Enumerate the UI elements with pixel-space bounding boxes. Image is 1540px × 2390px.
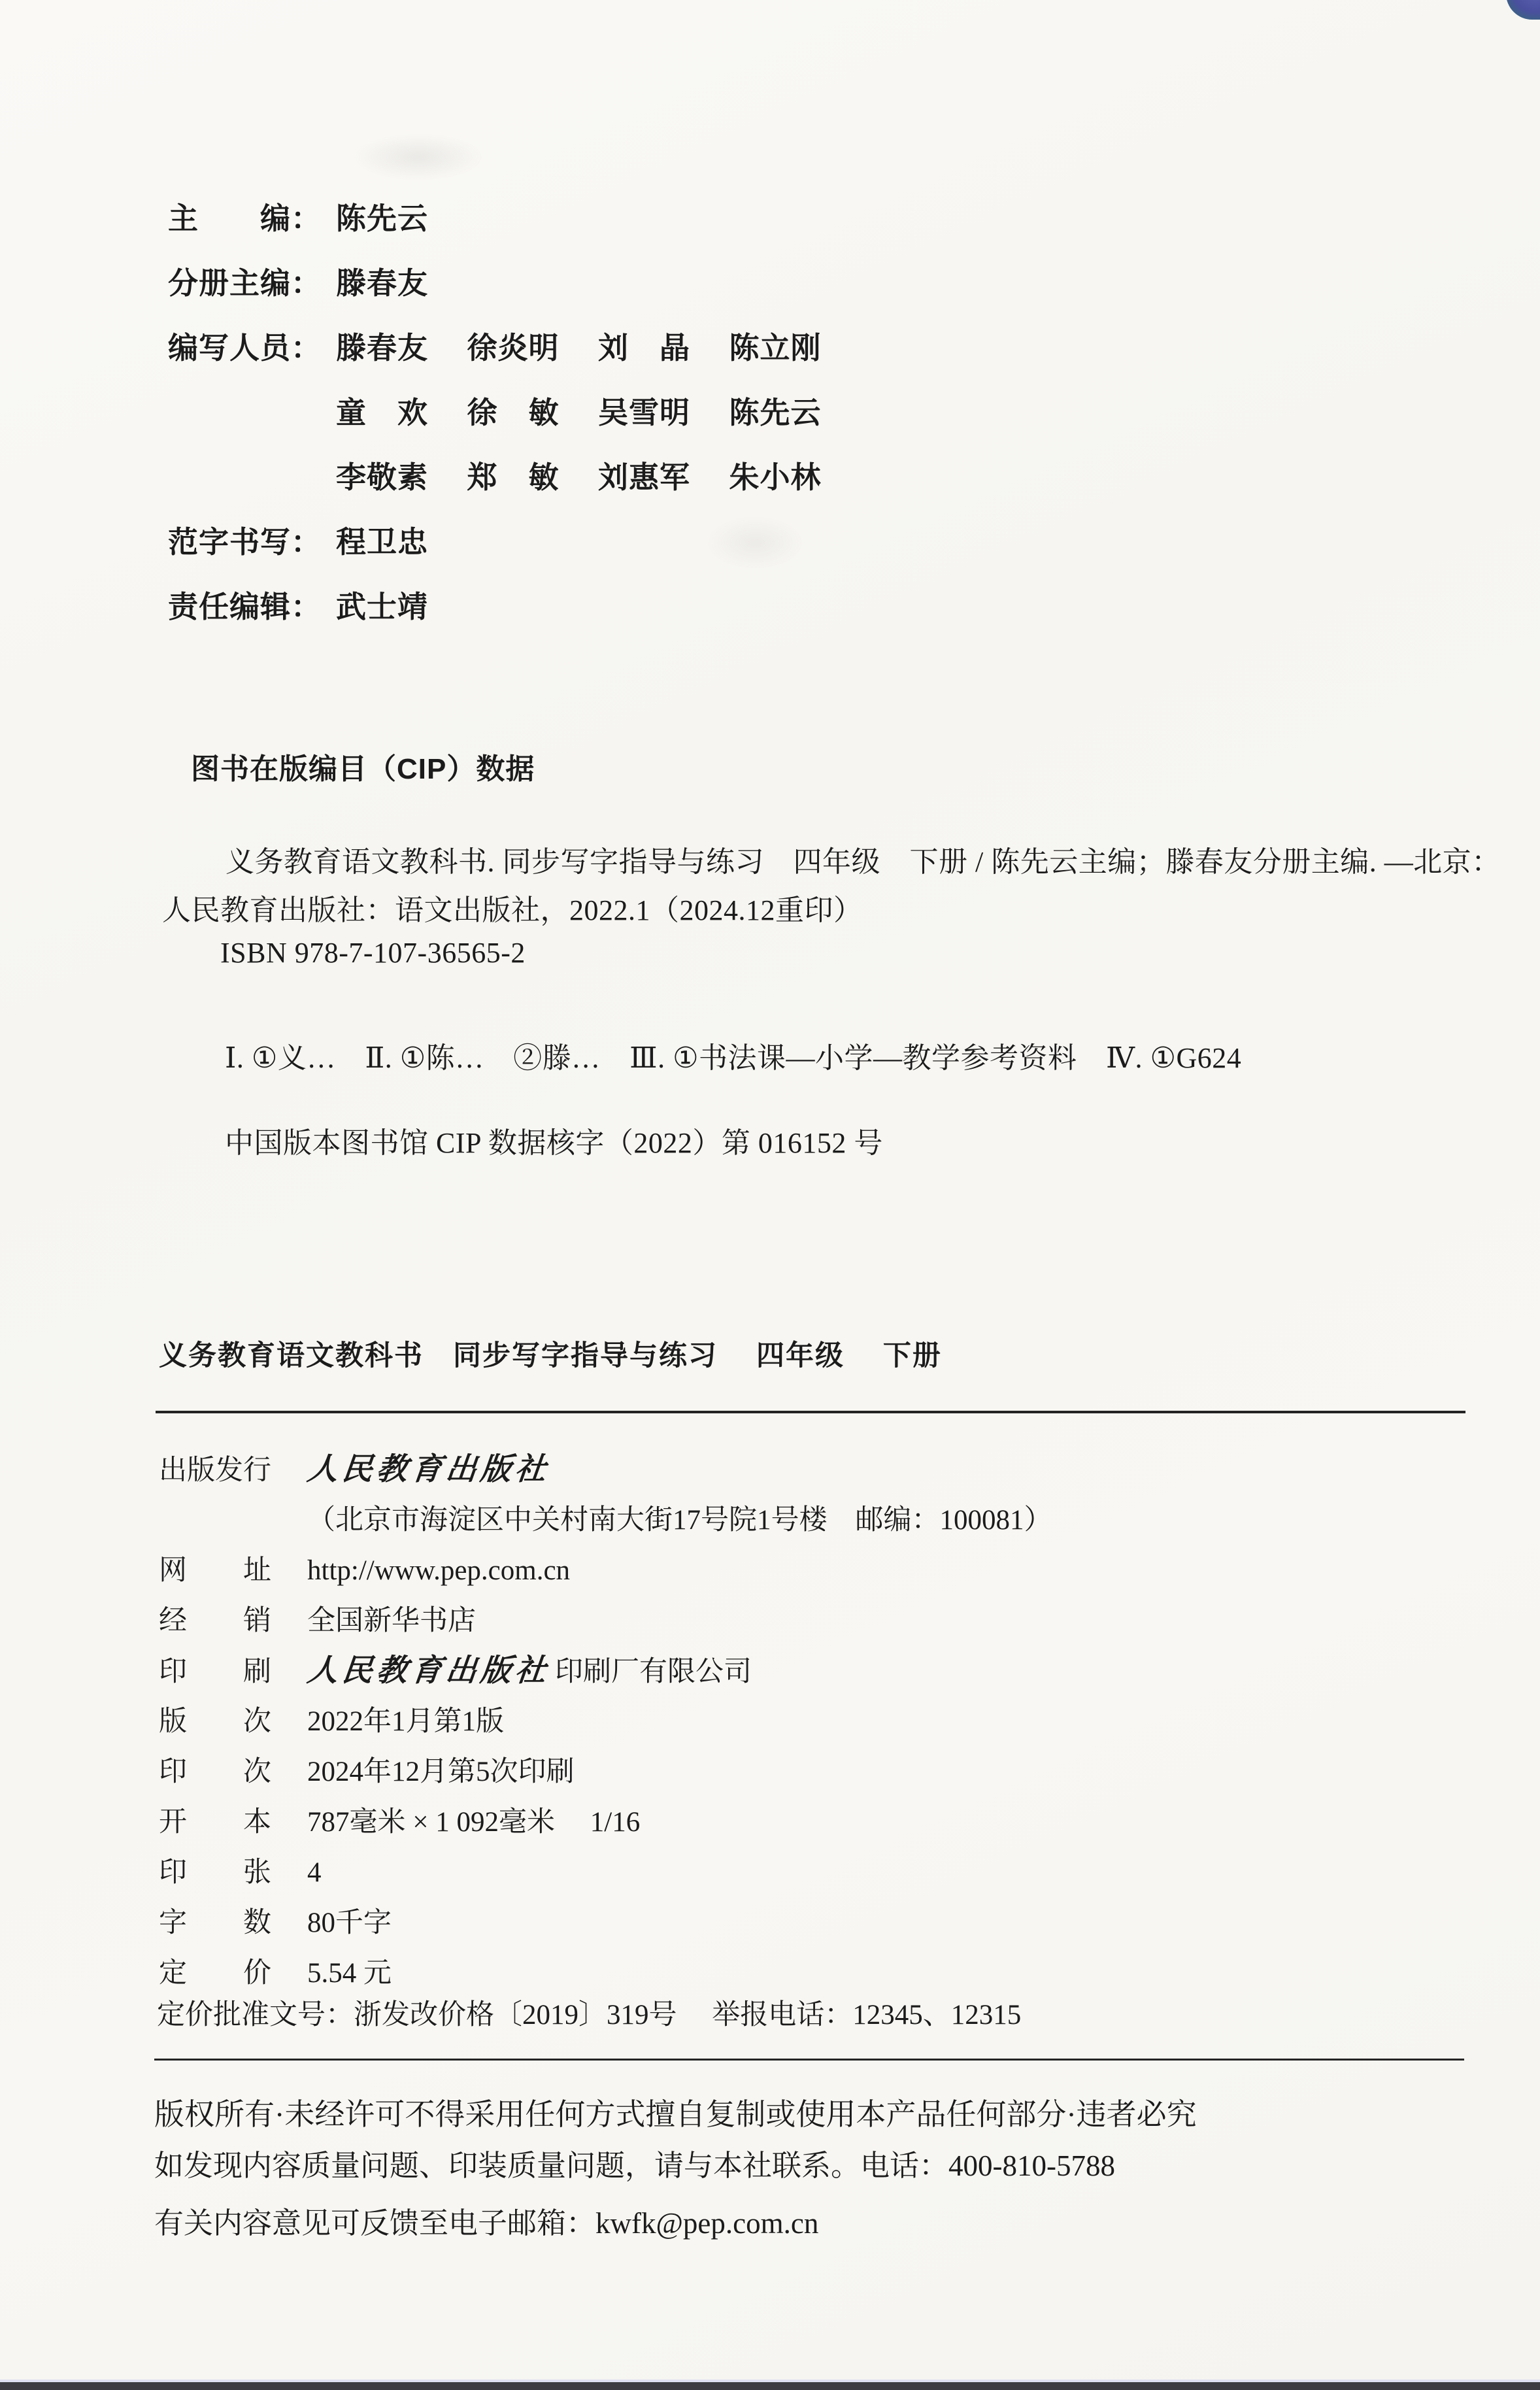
editors-block: 主 编：陈先云 分册主编：滕春友 编写人员：滕春友 徐炎明 刘 晶 陈立刚 童 … — [168, 186, 822, 639]
compilers-label: 编写人员： — [168, 316, 336, 380]
website-label: 网 址 — [159, 1545, 280, 1596]
distributor-row: 经 销全国新华书店 — [159, 1596, 1052, 1646]
publisher-logo-script: 人民教育出版社 — [305, 1445, 552, 1495]
divider-line-bottom — [154, 2059, 1464, 2061]
format-label: 开 本 — [159, 1797, 280, 1847]
printer-logo-script: 人民教育出版社 — [305, 1646, 552, 1696]
responsible-editor-name: 武士靖 — [336, 590, 428, 624]
website-row: 网 址http://www.pep.com.cn — [159, 1545, 1052, 1596]
compilers-names-2: 童 欢 徐 敏 吴雪明 陈先云 — [336, 396, 822, 429]
responsible-editor-row: 责任编辑：武士靖 — [168, 575, 822, 639]
printing-value: 2024年12月第5次印刷 — [307, 1757, 575, 1787]
volume-editor-name: 滕春友 — [336, 267, 428, 300]
publisher-address-row: （北京市海淀区中关村南大街17号院1号楼 邮编：100081） — [159, 1495, 1052, 1545]
printer-value: 印刷厂有限公司 — [555, 1657, 752, 1687]
compilers-row-2: 童 欢 徐 敏 吴雪明 陈先云 — [168, 380, 822, 445]
printer-row: 印 刷人民教育出版社印刷厂有限公司 — [159, 1646, 1052, 1696]
edition-label: 版 次 — [159, 1696, 280, 1747]
format-value: 787毫米 × 1 092毫米 1/16 — [307, 1807, 640, 1838]
responsible-editor-label: 责任编辑： — [168, 575, 336, 639]
price-approval-line: 定价批准文号：浙发改价格〔2019〕319号 举报电话：12345、12315 — [157, 1993, 1021, 2032]
wordcount-row: 字 数80千字 — [159, 1898, 1052, 1948]
volume-editor-row: 分册主编：滕春友 — [168, 251, 822, 316]
calligraphy-label: 范字书写： — [168, 510, 336, 575]
printing-label: 印 次 — [159, 1747, 280, 1797]
cip-classification: Ⅰ. ①义… Ⅱ. ①陈… ②滕… Ⅲ. ①书法课—小学—教学参考资料 Ⅳ. ①… — [225, 1034, 1241, 1076]
sheets-label: 印 张 — [159, 1847, 280, 1898]
wordcount-value: 80千字 — [307, 1908, 392, 1938]
feedback-email-notice: 有关内容意见可反馈至电子邮箱：kwfk@pep.com.cn — [154, 2199, 818, 2242]
price-label: 定 价 — [159, 1948, 280, 1998]
printing-row: 印 次2024年12月第5次印刷 — [159, 1747, 1052, 1797]
divider-line-top — [156, 1411, 1465, 1413]
compilers-names-1: 滕春友 徐炎明 刘 晶 陈立刚 — [336, 331, 822, 365]
chief-editor-row: 主 编：陈先云 — [168, 186, 822, 251]
edition-value: 2022年1月第1版 — [307, 1706, 504, 1737]
format-row: 开 本787毫米 × 1 092毫米 1/16 — [159, 1797, 1052, 1847]
copyright-page: 主 编：陈先云 分册主编：滕春友 编写人员：滕春友 徐炎明 刘 晶 陈立刚 童 … — [0, 0, 1540, 2390]
book-title: 义务教育语文教科书 同步写字指导与练习 四年级 下册 — [159, 1334, 942, 1373]
scan-edge-dark — [0, 2382, 1540, 2390]
edition-row: 版 次2022年1月第1版 — [159, 1696, 1052, 1747]
publisher-address: （北京市海淀区中关村南大街17号院1号楼 邮编：100081） — [307, 1505, 1052, 1536]
calligraphy-name: 程卫忠 — [336, 526, 428, 559]
publisher-row: 出版发行人民教育出版社 — [159, 1445, 1052, 1495]
isbn-number: ISBN 978-7-107-36565-2 — [220, 936, 526, 969]
scan-corner-artifact — [1506, 0, 1540, 20]
cip-record-number: 中国版本图书馆 CIP 数据核字（2022）第 016152 号 — [225, 1119, 883, 1161]
cip-description-line2: 人民教育出版社：语文出版社，2022.1（2024.12重印） — [162, 886, 863, 928]
distributor-value: 全国新华书店 — [307, 1606, 476, 1636]
copyright-notice: 版权所有·未经许可不得采用任何方式擅自复制或使用本产品任何部分·违者必究 — [154, 2091, 1197, 2134]
calligraphy-row: 范字书写：程卫忠 — [168, 510, 822, 575]
compilers-row-1: 编写人员：滕春友 徐炎明 刘 晶 陈立刚 — [168, 316, 822, 380]
chief-editor-label: 主 编： — [168, 186, 336, 251]
price-row: 定 价5.54 元 — [159, 1948, 1052, 1998]
volume-editor-label: 分册主编： — [168, 251, 336, 316]
compilers-row-3: 李敬素 郑 敏 刘惠军 朱小林 — [168, 445, 822, 510]
cip-header: 图书在版编目（CIP）数据 — [191, 745, 535, 787]
compilers-names-3: 李敬素 郑 敏 刘惠军 朱小林 — [336, 461, 822, 494]
sheets-row: 印 张4 — [159, 1847, 1052, 1898]
quality-contact-notice: 如发现内容质量问题、印装质量问题，请与本社联系。电话：400-810-5788 — [154, 2142, 1115, 2184]
publishing-info-block: 出版发行人民教育出版社 （北京市海淀区中关村南大街17号院1号楼 邮编：1000… — [159, 1445, 1052, 1998]
publisher-label: 出版发行 — [159, 1445, 280, 1496]
wordcount-label: 字 数 — [159, 1898, 280, 1948]
sheets-value: 4 — [307, 1857, 322, 1888]
cip-description-line1: 义务教育语文教科书. 同步写字指导与练习 四年级 下册 / 陈先云主编；滕春友分… — [226, 838, 1501, 880]
scan-smudge — [353, 134, 484, 180]
price-value: 5.54 元 — [307, 1958, 392, 1989]
website-url: http://www.pep.com.cn — [307, 1555, 570, 1586]
distributor-label: 经 销 — [159, 1596, 280, 1646]
printer-label: 印 刷 — [159, 1647, 280, 1697]
chief-editor-name: 陈先云 — [336, 202, 428, 235]
